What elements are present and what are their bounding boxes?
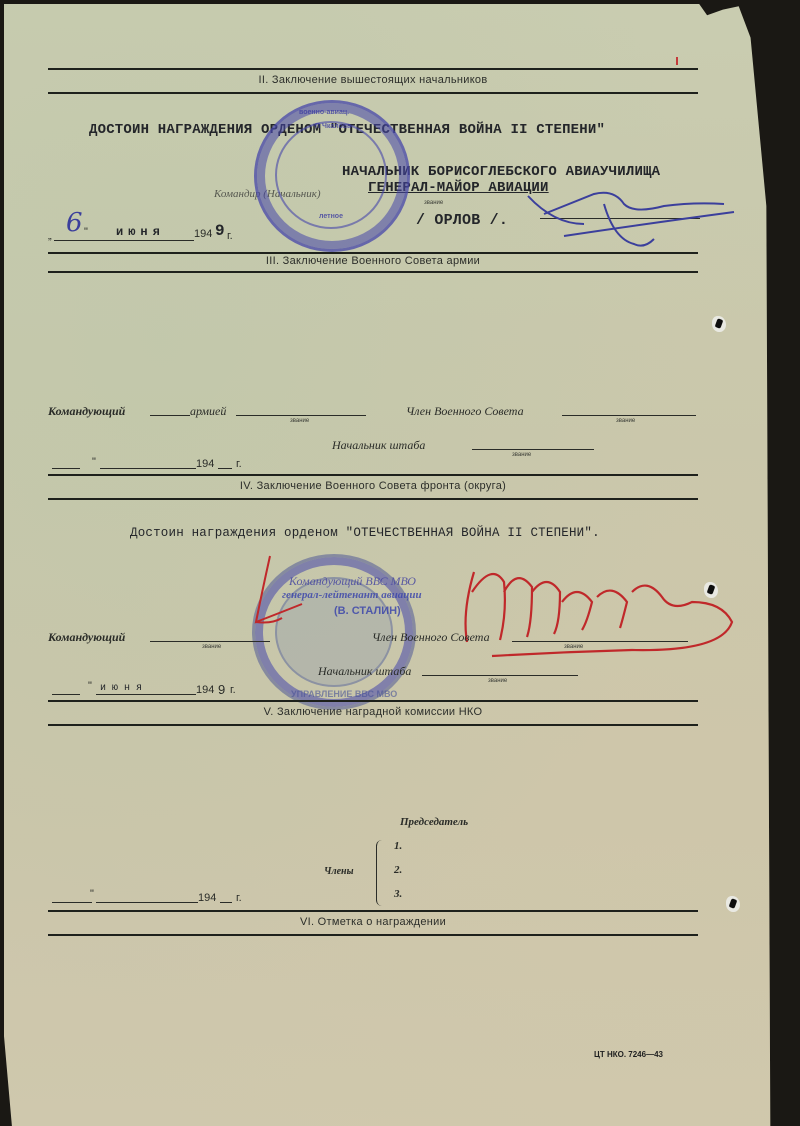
section-3-heading: III. Заключение Военного Совета армии [48, 255, 698, 267]
date-year-prefix: 194 [194, 228, 212, 240]
member-3: 3. [394, 888, 402, 900]
date-month: июня [116, 225, 165, 239]
section-4-conclusion: Достоин награждения орденом "ОТЕЧЕСТВЕНН… [130, 526, 600, 540]
date-year-suffix: 9 [215, 222, 225, 240]
red-mark [676, 57, 678, 65]
divider [48, 271, 698, 273]
divider [48, 700, 698, 702]
section-4-heading: IV. Заключение Военного Совета фронта (о… [48, 480, 698, 492]
punch-hole [704, 582, 718, 598]
punch-hole [726, 896, 740, 912]
chief-of-staff-label: Начальник штаба [332, 438, 425, 453]
date-g: г. [227, 230, 233, 242]
official-round-stamp: военно-авиац. П Чкалова летное [254, 100, 410, 252]
punch-hole [712, 316, 726, 332]
army-commander-label: Командующий [48, 404, 125, 419]
divider [48, 68, 698, 70]
divider [48, 724, 698, 726]
divider [48, 92, 698, 94]
council-member-line[interactable] [562, 415, 696, 416]
date-close-quote: " [84, 226, 88, 238]
document-page: II. Заключение вышестоящих начальников Д… [4, 4, 794, 1126]
date-line [54, 240, 194, 241]
chief-of-staff-line[interactable] [472, 449, 594, 450]
member-2: 2. [394, 864, 402, 876]
section-2-heading: II. Заключение вышестоящих начальников [48, 74, 698, 86]
council-member-label: Член Военного Совета [406, 404, 524, 419]
commission-date-line[interactable] [96, 902, 198, 903]
army-label: армией [190, 404, 226, 419]
chairman-label: Председатель [400, 816, 468, 828]
member-1: 1. [394, 840, 402, 852]
divider [48, 252, 698, 254]
divider [48, 498, 698, 500]
signature-red [242, 552, 742, 672]
divider [48, 934, 698, 936]
date-day: 6 [66, 208, 83, 238]
district-council-member-line[interactable] [512, 641, 688, 642]
members-label: Члены [324, 866, 354, 877]
form-code: ЦТ НКО. 7246—43 [594, 1050, 663, 1059]
signatory-name: / ОРЛОВ /. [416, 212, 508, 229]
army-commander-line[interactable] [236, 415, 366, 416]
rank-caption: звание [424, 200, 443, 206]
district-commander-line[interactable] [150, 641, 270, 642]
district-date-month: июня [100, 683, 148, 694]
district-commander-label: Командующий [48, 630, 125, 645]
district-chief-of-staff-line[interactable] [422, 675, 578, 676]
section-5-heading: V. Заключение наградной комиссии НКО [48, 706, 698, 718]
date-open-quote: „ [48, 230, 52, 242]
divider [48, 474, 698, 476]
members-brace [376, 840, 385, 906]
district-council-member-label: Член Военного Совета [372, 630, 490, 645]
divider [48, 910, 698, 912]
district-chief-of-staff-label: Начальник штаба [318, 664, 411, 679]
date-line[interactable] [100, 468, 196, 469]
section-6-heading: VI. Отметка о награждении [48, 916, 698, 928]
